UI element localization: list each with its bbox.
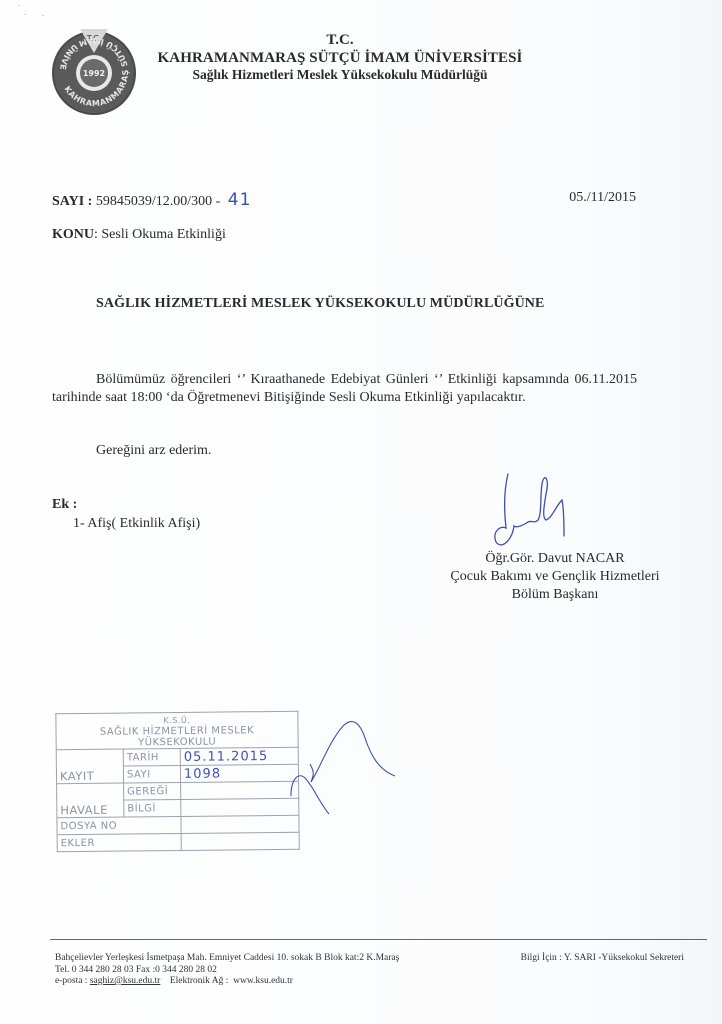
signatory-block: Öğr.Gör. Davut NACAR Çocuk Bakımı ve Gen… [410,550,700,604]
attachments-label: Ek : [52,497,77,513]
footer-contact: Bahçelievler Yerleşkesi İsmetpaşa Mah. E… [55,953,399,988]
svg-text:1992: 1992 [83,69,105,78]
stamp-org: SAĞLIK HİZMETLERİ MESLEK YÜKSEKOKULU [100,725,254,748]
stamp-sayi-value: 1098 [180,764,298,782]
stamp-havale: HAVALE [57,783,124,818]
signatory-name: Öğr.Gör. Davut NACAR [410,550,700,568]
footer-info: Bilgi İçin : Y. SARI -Yüksekokul Sekrete… [521,953,684,963]
scan-artifact: ˇ [18,4,20,12]
signature-icon [490,470,590,550]
reference-number: SAYI : 59845039/12.00/300 - 41 [52,190,251,210]
initial-mark-icon [285,708,400,820]
stamp-dosya-value [181,815,299,833]
letterhead-tc: T.C. [140,32,540,49]
document-page: ˇ - ˇ T.C. 1992 KAHRAMANMARAŞ SÜTÇÜ İMAM… [0,0,722,1024]
registration-stamp: K.S.Ü. SAĞLIK HİZMETLERİ MESLEK YÜKSEKOK… [55,711,299,844]
letterhead-department: Sağlık Hizmetleri Meslek Yüksekokulu Müd… [140,67,540,83]
university-logo-icon: T.C. 1992 KAHRAMANMARAŞ SÜTÇÜ İMAM ÜNİVE… [50,27,138,117]
letterhead-university: KAHRAMANMARAŞ SÜTÇÜ İMAM ÜNİVERSİTESİ [140,49,540,67]
sayi-value: 59845039/12.00/300 - [96,194,224,209]
footer-address: Bahçelievler Yerleşkesi İsmetpaşa Mah. E… [55,953,399,965]
stamp-tarih-value: 05.11.2015 [180,747,298,765]
document-date: 05./11/2015 [569,190,636,206]
signatory-role: Bölüm Başkanı [410,586,700,604]
konu-value: : Sesli Okuma Etkinliği [94,227,226,242]
scan-artifact: - [24,10,26,18]
addressee: SAĞLIK HİZMETLERİ MESLEK YÜKSEKOKULU MÜD… [96,296,544,312]
subject-line: KONU: Sesli Okuma Etkinliği [52,227,226,243]
scan-artifact: ˇ [42,14,44,22]
sayi-label: SAYI [52,194,84,209]
footer-phone: Tel. 0 344 280 28 03 Fax :0 344 280 28 0… [55,965,399,977]
stamp-kayit: KAYIT [56,749,123,784]
body-paragraph: Bölümümüz öğrencileri ‘’ Kıraathanede Ed… [52,371,637,406]
handwritten-number: 41 [228,190,252,210]
stamp-geregi-value [181,781,299,799]
attachment-item: 1- Afiş( Etkinlik Afişi) [73,516,200,532]
signatory-title: Çocuk Bakımı ve Gençlik Hizmetleri [410,568,700,586]
email-link[interactable]: saghiz@ksu.edu.tr [90,976,161,986]
stamp-bilgi-value [181,798,299,816]
stamp-ekler-value [181,832,299,850]
konu-label: KONU [52,227,94,242]
letterhead: T.C. KAHRAMANMARAŞ SÜTÇÜ İMAM ÜNİVERSİTE… [140,32,540,83]
closing-line: Gereğini arz ederim. [96,443,211,459]
website-link[interactable]: www.ksu.edu.tr [233,976,293,986]
footer-divider [50,939,707,940]
